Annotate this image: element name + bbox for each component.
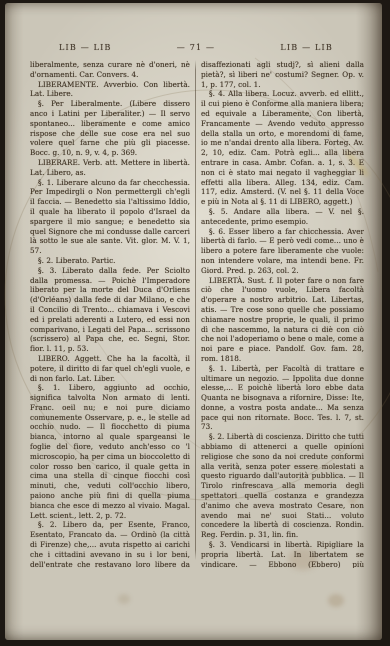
header-left-guide: LIB — LIB — [30, 43, 141, 52]
paragraph: disaffezionati agli studj?, sì alieni da… — [201, 60, 364, 89]
page-number: — 71 — — [141, 43, 252, 52]
running-header: LIB — LIB — 71 — LIB — LIB — [30, 43, 362, 52]
paragraph: liberalmente, senza curare nè d'oneri, n… — [30, 60, 190, 80]
entry-libero: LIBERO. Aggett. Che ha la facoltà, il po… — [30, 354, 190, 383]
paragraph: §. 6. Esser libero a far chicchessia. Av… — [201, 227, 364, 276]
entry-liberta: LIBERTÀ. Sust. f. Il poter fare o non fa… — [201, 276, 364, 364]
paragraph: §. 1. Libero, aggiunto ad occhio, signif… — [30, 383, 190, 520]
paragraph: §. 4. Alla libera. Locuz. avverb. ed ell… — [201, 89, 364, 207]
paragraph: §. 2. Liberato. Partic. — [30, 256, 190, 266]
right-column: disaffezionati agli studj?, sì alieni da… — [196, 60, 364, 568]
paragraph: §. 1. Libertà, per Facoltà di trattare e… — [201, 364, 364, 433]
paragraph: §. Per Liberalmente. (Libere dissero anc… — [30, 99, 190, 158]
left-column: liberalmente, senza curare nè d'oneri, n… — [30, 60, 195, 568]
header-right-guide: LIB — LIB — [251, 43, 362, 52]
paragraph: §. 1. Liberare alcuno da far checchessia… — [30, 178, 190, 256]
paragraph: §. 3. Liberato dalla fede. Per Sciolto d… — [30, 266, 190, 354]
paragraph: §. 5. Andare alla libera. — V. nel §. an… — [201, 207, 364, 227]
paragraph: §. 2. Libertà di coscienza. Diritto che … — [201, 432, 364, 540]
entry-liberamente: LIBERAMENTE. Avverbio. Con libertà. Lat.… — [30, 80, 190, 100]
paragraph: §. 3. Vendicarsi in libertà. Ripigliare … — [201, 540, 364, 568]
text-columns: liberalmente, senza curare nè d'oneri, n… — [30, 60, 364, 568]
entry-liberare: LIBERARE. Verb. att. Mettere in libertà.… — [30, 158, 190, 178]
paragraph: §. 2. Libero da, per Esente, Franco, Ese… — [30, 520, 190, 568]
